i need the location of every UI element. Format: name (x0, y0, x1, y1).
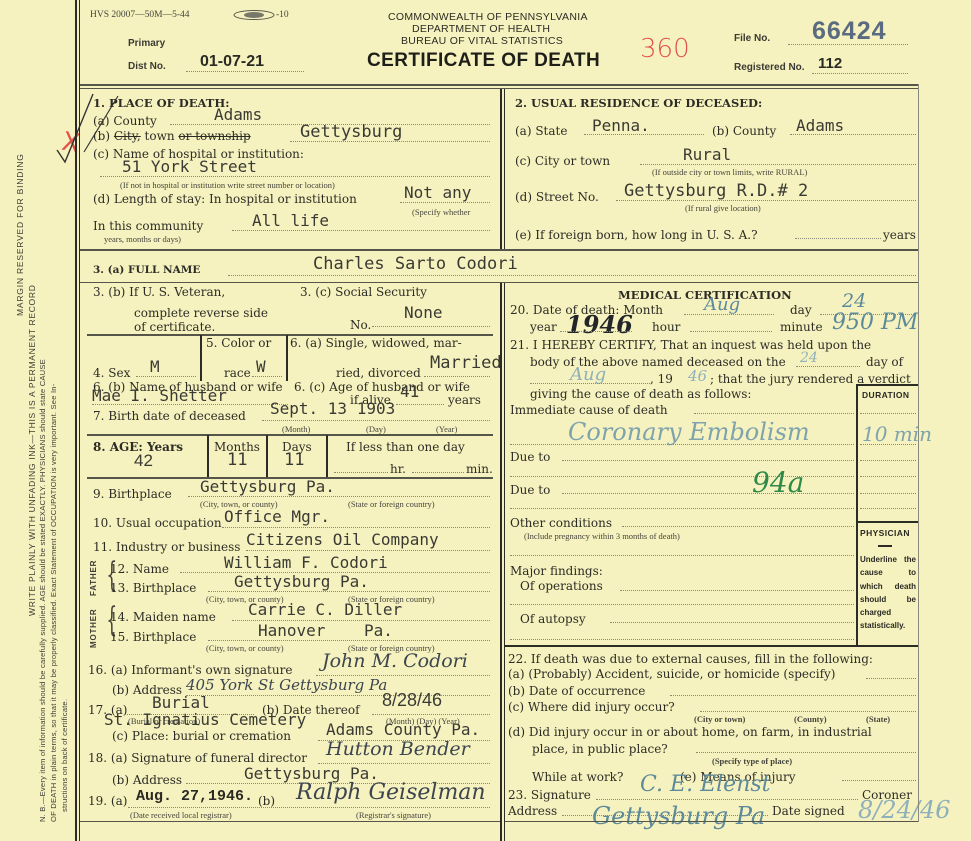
mother-name-label: 14. Maiden name (110, 610, 216, 624)
stay-hint: (Specify whether (412, 207, 470, 217)
death-year-label: year (530, 320, 557, 334)
min-label: min. (466, 462, 493, 476)
coroner-address: Gettysburg Pa (592, 802, 765, 830)
race-label-2: race (224, 366, 251, 380)
less-day-label: If less than one day (346, 440, 465, 454)
ssn-value: None (404, 303, 443, 322)
coroner-signature: C. E. Elenst (640, 772, 771, 797)
death-day-label: day (790, 303, 812, 317)
certify-month-value: Aug (570, 364, 606, 385)
registrar-b-label: (b) (258, 794, 275, 808)
veteran-label-2: complete reverse side (134, 306, 268, 320)
external-c-hint-3: (State) (866, 714, 890, 724)
funeral-address-label: (b) Address (112, 773, 182, 787)
margin-binding-text: MARGIN RESERVED FOR BINDING (15, 153, 25, 316)
community-label: In this community (93, 219, 203, 233)
funeral-director-label: 18. (a) Signature of funeral director (88, 751, 307, 765)
certify-line-2b: day of (866, 355, 903, 369)
res-county-label: (b) County (712, 124, 776, 138)
county-label: (a) County (93, 114, 157, 128)
external-c-hint-2: (County) (794, 714, 827, 724)
informant-signature-label: 16. (a) Informant's own signature (88, 663, 292, 677)
margin-nb-line1: N. B.—Every item of information should b… (38, 359, 47, 822)
registrar-signature: Ralph Geiselman (296, 780, 486, 805)
death-year-value: 1946 (566, 310, 633, 339)
community-hint: years, months or days) (104, 234, 181, 244)
external-heading: 22. If death was due to external causes,… (508, 652, 873, 666)
birthplace-value: Gettysburg Pa. (200, 477, 335, 496)
margin-rule-inner (79, 0, 80, 841)
industry-label: 11. Industry or business (93, 540, 240, 554)
registered-no-label: Registered No. (734, 62, 805, 73)
occupation-value: Office Mgr. (224, 507, 330, 526)
registrar-sig-hint: (Registrar's signature) (356, 810, 431, 820)
age-months-value: 11 (227, 450, 247, 470)
certify-line-4: giving the cause of death as follows: (530, 387, 751, 401)
stay-label: (d) Length of stay: In hospital or insti… (93, 192, 357, 206)
registrar-date-hint: (Date received local registrar) (130, 810, 232, 820)
city-label: (b) City, town or township (93, 129, 251, 143)
red-annotation: 360 (640, 34, 690, 64)
agency-line1: COMMONWEALTH OF PENNSYLVANIA (388, 11, 588, 23)
industry-value: Citizens Oil Company (246, 530, 439, 549)
marital-label-2: ried, divorced (336, 366, 421, 380)
mother-birthplace-value: Hanover Pa. (258, 621, 393, 640)
birth-day-hint: (Day) (366, 424, 386, 434)
residence-heading: 2. USUAL RESIDENCE OF DECEASED: (515, 96, 762, 110)
external-d-label-2: place, in public place? (532, 742, 668, 756)
file-no-value: 66424 (812, 17, 887, 46)
age-days-value: 11 (284, 450, 304, 470)
state-value: Penna. (592, 116, 650, 135)
informant-address: 405 York St Gettysburg Pa (186, 676, 387, 694)
street-label: (d) Street No. (515, 190, 599, 204)
birthplace-label: 9. Birthplace (93, 487, 172, 501)
duration-box (856, 384, 918, 521)
death-month-value: Aug (704, 294, 740, 315)
other-conditions-label: Other conditions (510, 516, 612, 530)
foreign-unit: years (883, 228, 916, 242)
external-b-label: (b) Date of occurrence (508, 684, 645, 698)
informant-signature: John M. Codori (322, 650, 468, 672)
agency-line3: BUREAU OF VITAL STATISTICS (401, 35, 563, 47)
duration-value: 10 min (862, 422, 932, 446)
city-value: Gettysburg (300, 122, 402, 142)
sex-value: M (150, 357, 160, 376)
res-city-value: Rural (683, 145, 731, 164)
registered-no-value: 112 (818, 55, 842, 72)
mother-birthplace-hint-1: (City, town, or county) (206, 643, 284, 653)
hospital-hint: (If not in hospital or institution write… (120, 180, 335, 190)
state-label: (a) State (515, 124, 567, 138)
hr-label: hr. (390, 462, 406, 476)
spouse-value: Mae I. Shetter (92, 386, 227, 405)
immediate-cause-label: Immediate cause of death (510, 403, 668, 417)
sex-label: 4. Sex (93, 366, 130, 380)
burial-place-value: Adams County Pa. (326, 720, 480, 739)
occupation-label: 10. Usual occupation (93, 516, 222, 530)
burial-date-value: 8/28/46 (382, 690, 442, 711)
immediate-cause-value: Coronary Embolism (568, 418, 810, 446)
major-findings-label: Major findings: (510, 564, 603, 578)
physician-heading: PHYSICIAN (860, 528, 910, 538)
father-side-label: FATHER (89, 560, 98, 596)
father-name-label: 12. Name (110, 562, 169, 576)
external-c-label: (c) Where did injury occur? (508, 700, 675, 714)
mother-side-label: MOTHER (89, 609, 98, 648)
margin-rule (75, 0, 77, 841)
age-years-value: 42 (134, 451, 153, 471)
spouse-age-value: 41 (400, 382, 419, 401)
death-hour-label: hour (652, 320, 680, 334)
other-conditions-hint: (Include pregnancy within 3 months of de… (524, 531, 680, 541)
birthplace-hint-2: (State or foreign country) (348, 499, 435, 509)
autopsy-label: Of autopsy (520, 612, 586, 626)
burial-place-label: (c) Place: burial or cremation (112, 729, 291, 743)
classification-code: 94a (752, 466, 804, 499)
coroner-address-label: Address (508, 804, 557, 818)
marital-label: 6. (a) Single, widowed, mar- (290, 336, 462, 350)
county-value: Adams (214, 105, 262, 124)
spouse-age-unit: years (448, 393, 481, 407)
death-minute-value: 950 PM (832, 310, 918, 335)
marital-value: Married (430, 353, 502, 373)
operations-label: Of operations (520, 579, 603, 593)
father-name-value: William F. Codori (224, 553, 388, 572)
ssn-no-label: No. (350, 318, 371, 332)
margin-nb-line2: OF DEATH in plain terms, so that it may … (49, 384, 58, 822)
res-city-label: (c) City or town (515, 154, 610, 168)
street-value: Gettysburg R.D.# 2 (624, 181, 808, 201)
father-birthplace-value: Gettysburg Pa. (234, 572, 369, 591)
file-no-label: File No. (734, 33, 770, 44)
while-at-work-label: While at work? (532, 770, 623, 784)
union-label-icon (232, 9, 276, 21)
dist-no-value: 01-07-21 (200, 53, 264, 71)
dist-no-label: Dist No. (128, 61, 166, 72)
form-code-suffix: -10 (276, 10, 289, 20)
res-city-hint: (If outside city or town limits, write R… (652, 167, 807, 177)
certify-line-3a: , 19 (650, 372, 673, 386)
physician-note: Underline the cause to which death shoul… (860, 553, 916, 633)
external-d-label-1: (d) Did injury occur in or about home, o… (508, 725, 872, 739)
cemetery-value: St. Ignatius Cemetery (104, 710, 306, 729)
form-code: HVS 20007—50M—5-44 (90, 10, 190, 20)
veteran-label: 3. (b) If U. S. Veteran, (93, 285, 225, 299)
street-hint: (If rural give location) (685, 203, 761, 213)
due-to-label-1: Due to (510, 450, 550, 464)
veteran-label-3: of certificate. (134, 320, 215, 334)
race-label: 5. Color or (206, 336, 271, 350)
coroner-signature-label: 23. Signature (508, 788, 591, 802)
race-value: W (256, 357, 266, 376)
stay-hospital-value: Not any (404, 183, 471, 202)
mother-name-value: Carrie C. Diller (248, 600, 402, 619)
agency-line2: DEPARTMENT OF HEALTH (412, 23, 550, 35)
due-to-label-2: Due to (510, 483, 550, 497)
ssn-label: 3. (c) Social Security (300, 285, 427, 299)
place-of-death-heading: 1. PLACE OF DEATH: (93, 96, 229, 110)
father-birthplace-label: 13. Birthplace (110, 581, 196, 595)
death-minute-label: minute (780, 320, 823, 334)
certify-line-2a: body of the above named deceased on the (530, 355, 786, 369)
date-signed-value: 8/24/46 (858, 796, 951, 824)
death-day-value: 24 (842, 290, 866, 312)
certify-year-value: 46 (688, 367, 707, 385)
hospital-value: 51 York Street (122, 157, 257, 176)
certify-day-value: 24 (800, 350, 818, 366)
external-a-label: (a) (Probably) Accident, suicide, or hom… (508, 667, 835, 681)
res-county-value: Adams (796, 116, 844, 135)
birth-date-label: 7. Birth date of deceased (93, 409, 246, 423)
registrar-label: 19. (a) (88, 794, 127, 808)
date-signed-label: Date signed (772, 804, 845, 818)
margin-write-plainly-text: WRITE PLAINLY WITH UNFADING INK—THIS IS … (27, 284, 37, 616)
primary-label: Primary (128, 38, 165, 49)
foreign-label: (e) If foreign born, how long in U. S. A… (515, 228, 758, 242)
funeral-director-signature: Hutton Bender (326, 738, 470, 760)
birth-month-hint: (Month) (282, 424, 310, 434)
page-title: CERTIFICATE OF DEATH (367, 50, 600, 72)
mother-birthplace-label: 15. Birthplace (110, 630, 196, 644)
external-c-hint-1: (City or town) (694, 714, 745, 724)
community-value: All life (252, 211, 329, 230)
registrar-date-value: Aug. 27,1946. (136, 788, 253, 805)
spouse-age-label: 6. (c) Age of husband or wife (294, 380, 470, 394)
full-name-value: Charles Sarto Codori (313, 254, 518, 274)
birth-date-value: Sept. 13 1903 (270, 399, 395, 418)
external-d-hint: (Specify type of place) (712, 756, 792, 766)
birth-year-hint: (Year) (436, 424, 457, 434)
margin-nb-line3: structions on back of certificate. (60, 699, 69, 812)
full-name-label: 3. (a) FULL NAME (93, 264, 200, 276)
duration-heading: DURATION (862, 390, 909, 400)
